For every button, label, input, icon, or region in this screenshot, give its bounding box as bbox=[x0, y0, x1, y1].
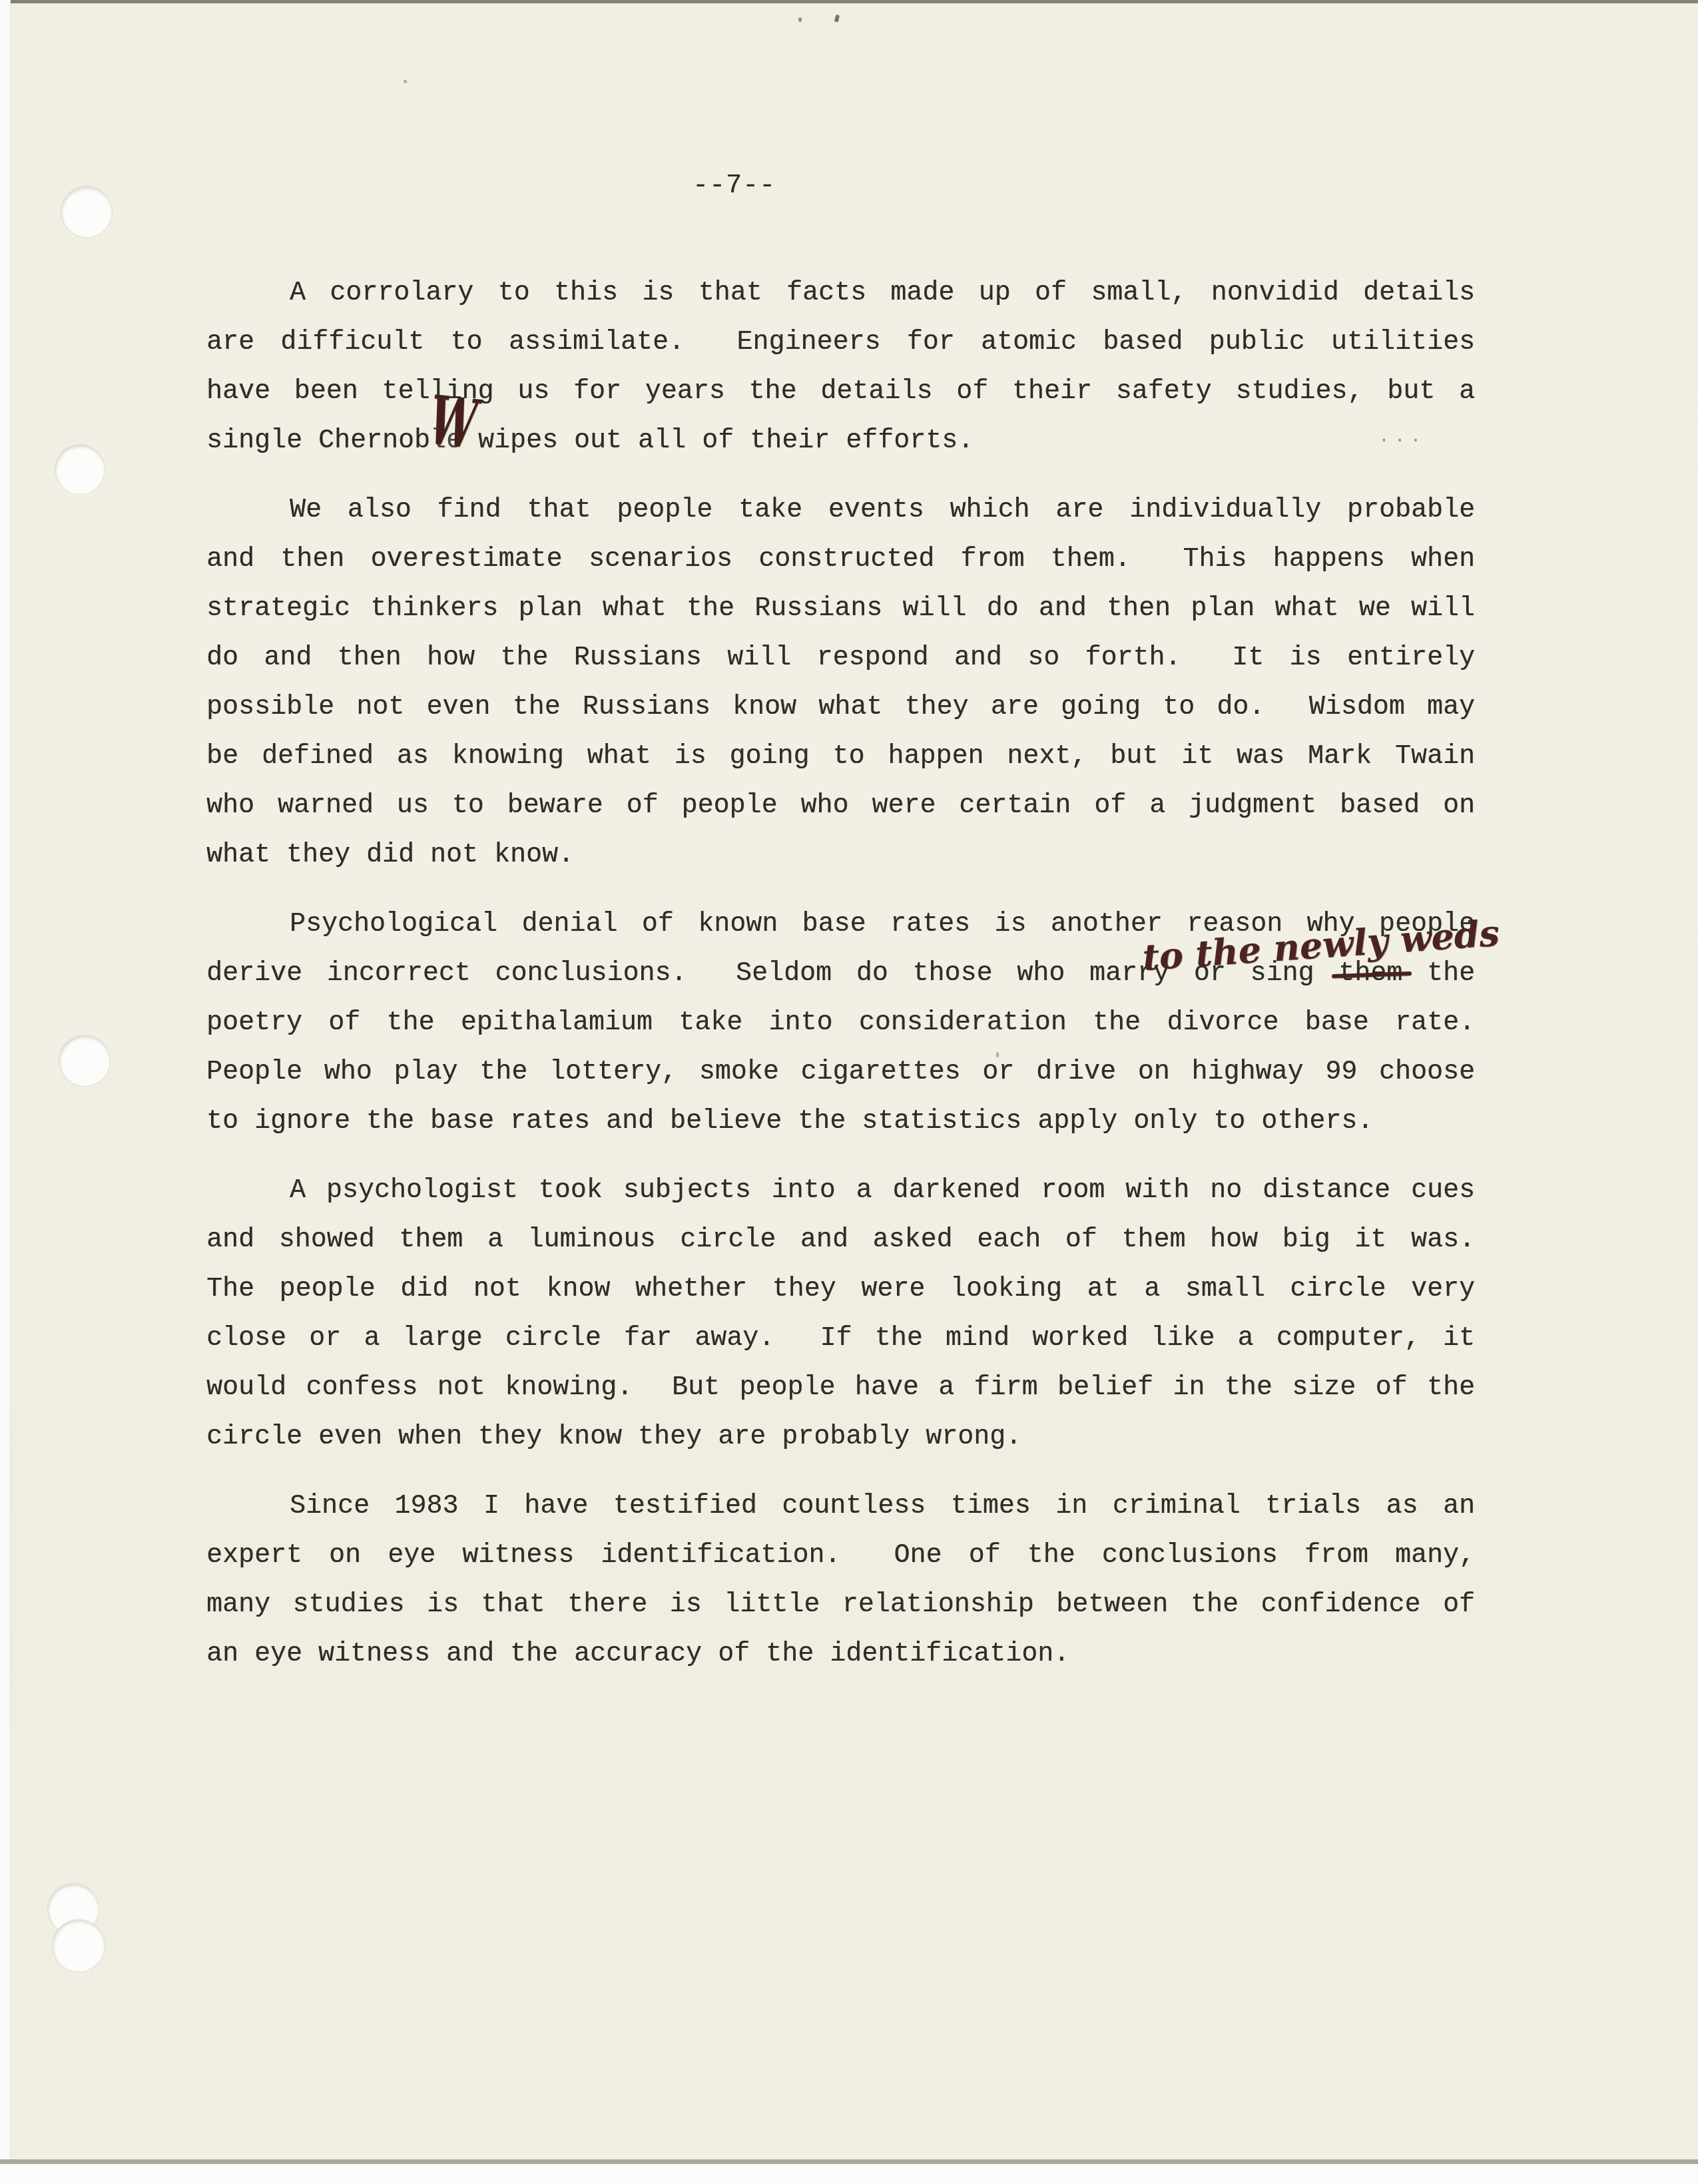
text-line: A psychologist took subjects into a dark… bbox=[206, 1167, 1475, 1216]
text-line: to ignore the base rates and believe the… bbox=[206, 1097, 1475, 1147]
hole-punch-bottom-double-2 bbox=[53, 1920, 105, 1972]
text-line: The people did not know whether they wer… bbox=[206, 1265, 1475, 1314]
text-line: close or a large circle far away. If the… bbox=[206, 1314, 1475, 1364]
text-line: Since 1983 I have testified countless ti… bbox=[206, 1482, 1475, 1531]
text-line: do and then how the Russians will respon… bbox=[206, 634, 1475, 683]
text-line: what they did not know. bbox=[206, 831, 1475, 880]
dust-speck bbox=[404, 80, 407, 83]
scan-left-edge bbox=[0, 0, 11, 2184]
page-number: --7-- bbox=[693, 170, 776, 202]
stray-pen-dots: ··· bbox=[1378, 417, 1426, 466]
text-line-with-edit: derive incorrect conclusions. Seldom do … bbox=[206, 950, 1475, 999]
text-line: expert on eye witness identification. On… bbox=[206, 1531, 1475, 1581]
text-line: who warned us to beware of people who we… bbox=[206, 782, 1475, 831]
overwritten-word-chernobyl: leW bbox=[430, 417, 462, 466]
text-segment: wipes out all of their efforts. bbox=[462, 426, 974, 456]
body-text: A corrolary to this is that facts made u… bbox=[206, 269, 1475, 1699]
dust-speck bbox=[798, 17, 802, 22]
scanned-typewritten-page: --7-- A corrolary to this is that facts … bbox=[0, 0, 1698, 2184]
paragraph-eye-witness: Since 1983 I have testified countless ti… bbox=[206, 1482, 1475, 1679]
dust-speck bbox=[834, 14, 840, 22]
scan-top-edge bbox=[0, 0, 1698, 3]
text-line: would confess not knowing. But people ha… bbox=[206, 1364, 1475, 1413]
paragraph-scenarios: We also find that people take events whi… bbox=[206, 486, 1475, 880]
text-line: many studies is that there is little rel… bbox=[206, 1581, 1475, 1630]
text-segment: the bbox=[1402, 959, 1475, 989]
hole-punch-upper bbox=[55, 445, 105, 494]
text-line: People who play the lottery, smoke cigar… bbox=[206, 1048, 1475, 1097]
text-line: are difficult to assimilate. Engineers f… bbox=[206, 318, 1475, 368]
paragraph-base-rates: Psychological denial of known base rates… bbox=[206, 900, 1475, 1147]
text-line: single ChernobleW wipes out all of their… bbox=[206, 417, 1475, 466]
paragraph-corrolary: A corrolary to this is that facts made u… bbox=[206, 269, 1475, 466]
text-line: A corrolary to this is that facts made u… bbox=[206, 269, 1475, 318]
text-line: We also find that people take events whi… bbox=[206, 486, 1475, 535]
scan-bottom-edge-line bbox=[0, 2159, 1698, 2164]
hole-punch-middle bbox=[59, 1035, 110, 1086]
text-line: an eye witness and the accuracy of the i… bbox=[206, 1630, 1475, 1679]
text-segment: single Chernob bbox=[206, 426, 430, 456]
text-line: and showed them a luminous circle and as… bbox=[206, 1216, 1475, 1265]
handwritten-correction-letter: W bbox=[426, 387, 479, 459]
text-line: and then overestimate scenarios construc… bbox=[206, 535, 1475, 585]
text-line: be defined as knowing what is going to h… bbox=[206, 732, 1475, 782]
text-line: possible not even the Russians know what… bbox=[206, 683, 1475, 732]
text-line: have been telling us for years the detai… bbox=[206, 368, 1475, 417]
hole-punch-top bbox=[61, 186, 112, 237]
text-line: poetry of the epithalamium take into con… bbox=[206, 999, 1475, 1048]
text-line: circle even when they know they are prob… bbox=[206, 1413, 1475, 1462]
scan-bottom-edge bbox=[0, 2164, 1698, 2184]
text-line: strategic thinkers plan what the Russian… bbox=[206, 585, 1475, 634]
paragraph-luminous-circle: A psychologist took subjects into a dark… bbox=[206, 1167, 1475, 1462]
